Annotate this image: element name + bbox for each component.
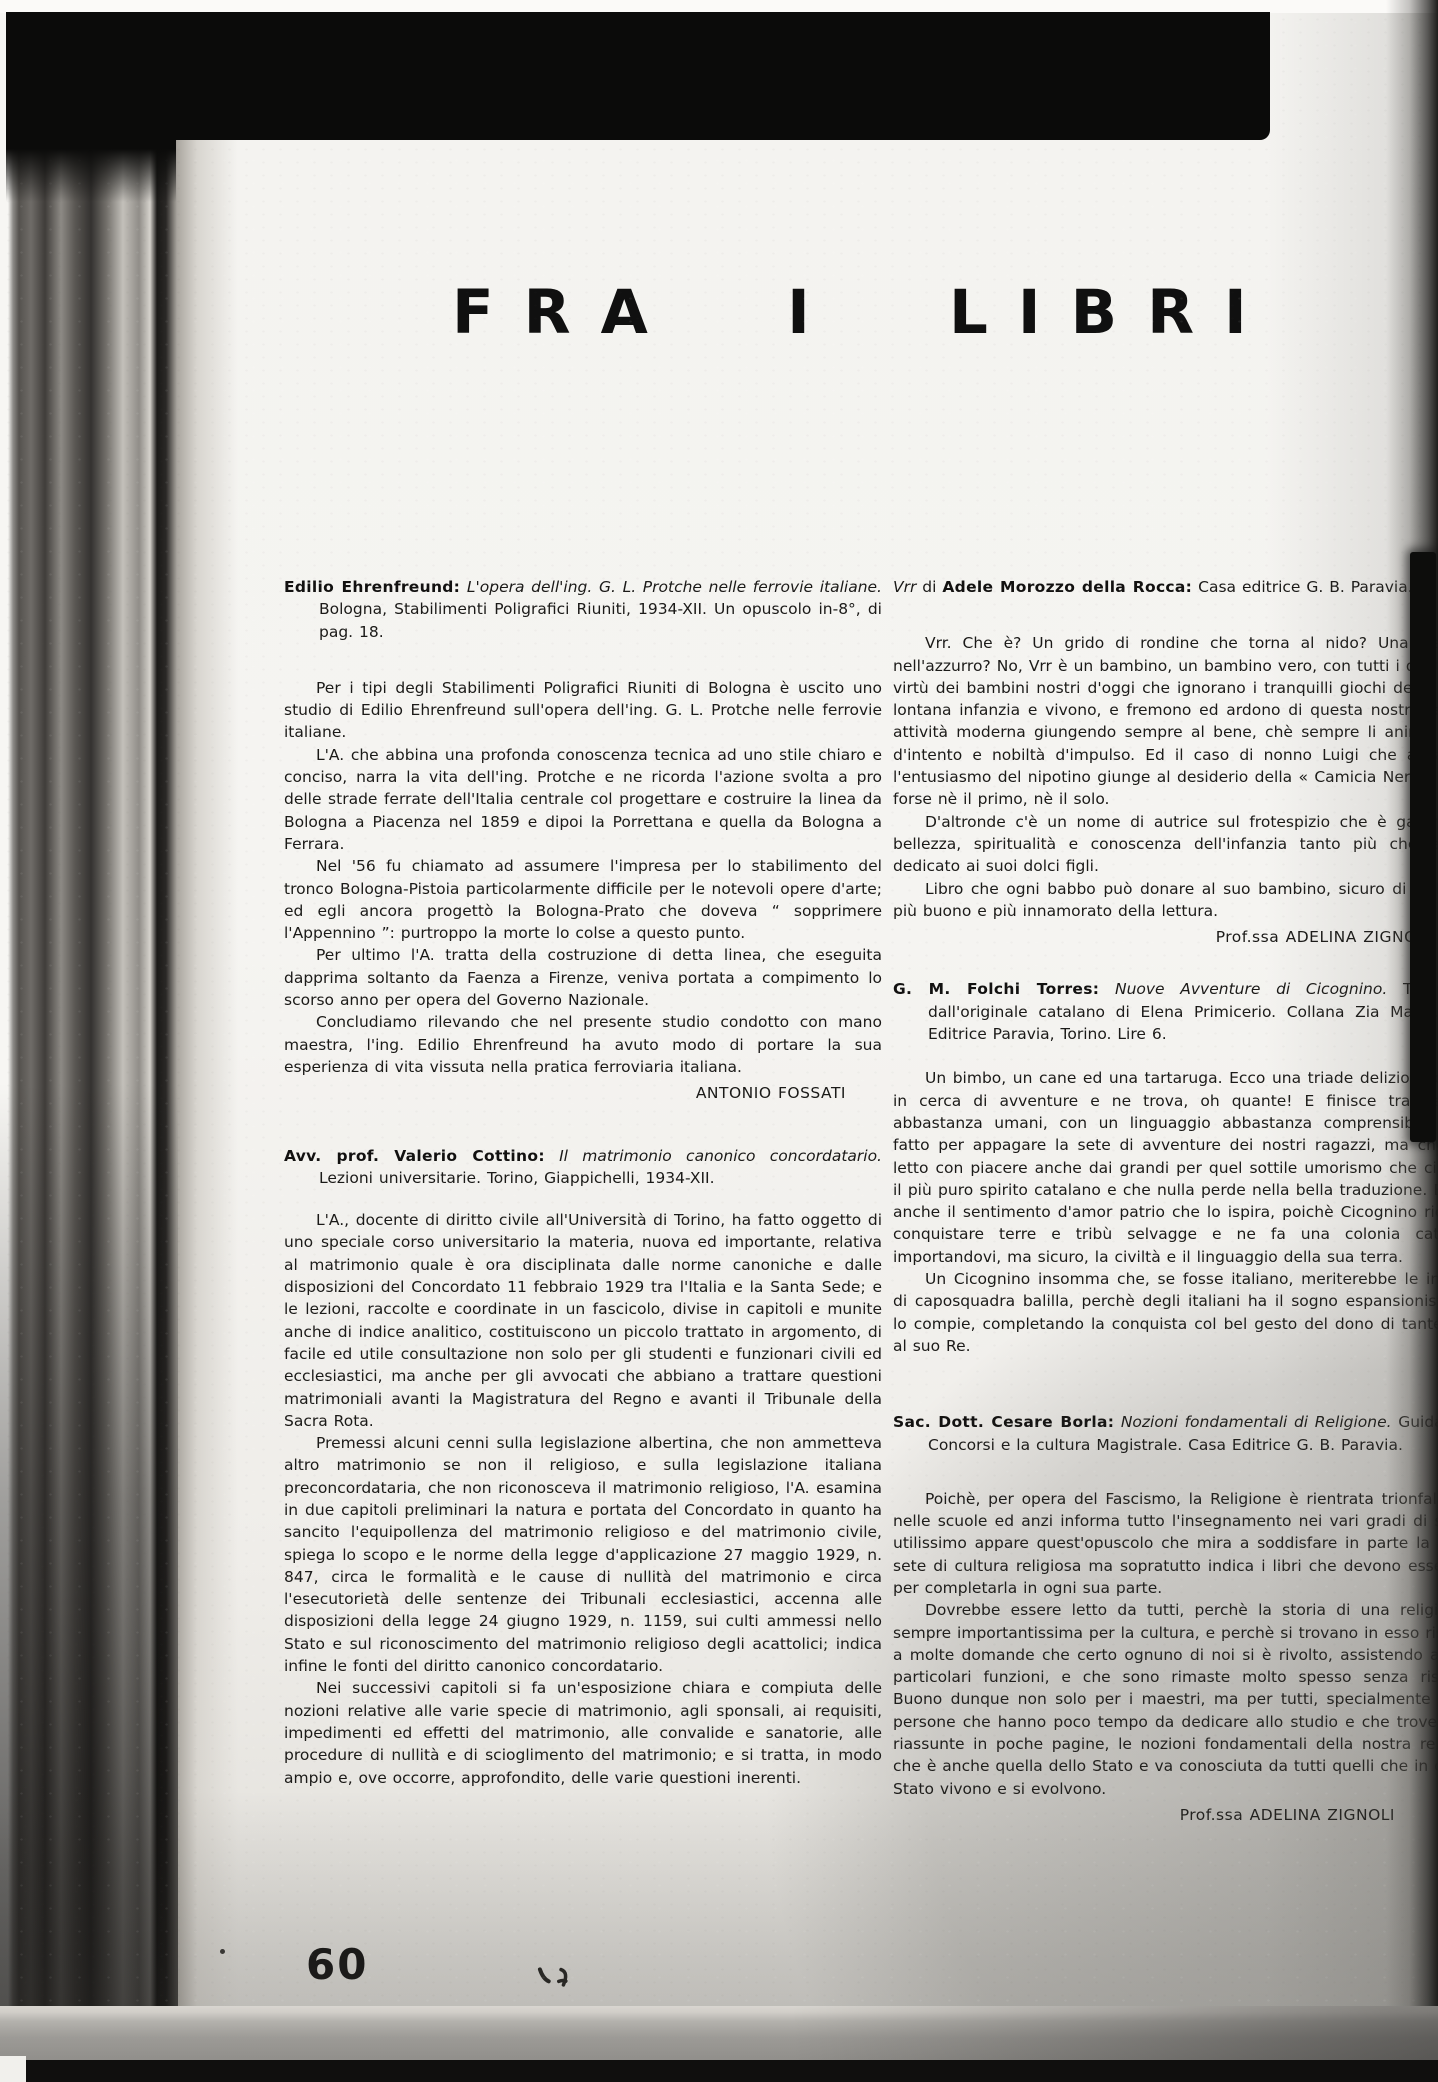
review-paragraph: D'altronde c'è un nome di autrice sul fr…	[893, 811, 1438, 878]
review-paragraph: Un Cicognino insomma che, se fosse itali…	[893, 1268, 1438, 1357]
review-paragraph: Premessi alcuni cenni sulla legislazione…	[284, 1432, 882, 1677]
review-heading-morozzo: Vrr di Adele Morozzo della Rocca: Casa e…	[893, 576, 1438, 598]
review-paragraph: Vrr. Che è? Un grido di rondine che torn…	[893, 632, 1438, 810]
review-author: Sac. Dott. Cesare Borla:	[893, 1413, 1114, 1431]
review-author: G. M. Folchi Torres:	[893, 980, 1099, 998]
review-book-title: L'opera dell'ing. G. L. Protche nelle fe…	[467, 578, 882, 596]
reviewer-signature: Prof.ssa ADELINA ZIGNOLI	[893, 926, 1438, 948]
left-column: Edilio Ehrenfreund: L'opera dell'ing. G.…	[284, 576, 882, 1789]
bottom-black-strip	[26, 2060, 1438, 2082]
review-heading-borla: Sac. Dott. Cesare Borla: Nozioni fondame…	[893, 1411, 1438, 1456]
review-imprint: Bologna, Stabilimenti Poligrafici Riunit…	[319, 600, 882, 640]
review-paragraph: Per ultimo l'A. tratta della costruzione…	[284, 944, 882, 1011]
review-paragraph: Poichè, per opera del Fascismo, la Relig…	[893, 1488, 1438, 1599]
top-scan-black-band	[6, 12, 1270, 140]
review-heading-ehrenfreund: Edilio Ehrenfreund: L'opera dell'ing. G.…	[284, 576, 882, 643]
review-heading-folchi-torres: G. M. Folchi Torres: Nuove Avventure di …	[893, 978, 1438, 1045]
dust-fleck	[220, 1949, 225, 1954]
review-paragraph: Libro che ogni babbo può donare al suo b…	[893, 878, 1438, 923]
review-paragraph: Un bimbo, un cane ed una tartaruga. Ecco…	[893, 1067, 1438, 1268]
ink-mark	[532, 1960, 577, 1998]
review-paragraph: L'A., docente di diritto civile all'Univ…	[284, 1209, 882, 1432]
reviewer-signature: ANTONIO FOSSATI	[284, 1082, 882, 1104]
reviewer-name: Prof.ssa ADELINA ZIGNOLI	[1180, 1806, 1395, 1824]
heading-connector: di	[922, 578, 936, 596]
review-paragraph: Concludiamo rilevando che nel presente s…	[284, 1011, 882, 1078]
review-heading-cottino: Avv. prof. Valerio Cottino: Il matrimoni…	[284, 1145, 882, 1190]
reviewer-signature: Prof.ssa ADELINA ZIGNOLI	[893, 1804, 1438, 1826]
review-imprint: Casa editrice G. B. Paravia.	[1198, 578, 1413, 596]
bottom-scan-band	[0, 2006, 1438, 2062]
right-edge-dark-line	[1410, 552, 1436, 1142]
review-paragraph: Dovrebbe essere letto da tutti, perchè l…	[893, 1599, 1438, 1800]
review-book-title: Nozioni fondamentali di Religione.	[1121, 1413, 1392, 1431]
page-title: FRA I LIBRI	[452, 277, 1277, 348]
scanned-page: FRA I LIBRI Edilio Ehrenfreund: L'opera …	[0, 0, 1438, 2082]
ink-mark-drawing	[533, 1960, 578, 1994]
review-author: Avv. prof. Valerio Cottino:	[284, 1147, 545, 1165]
reviewer-name: ANTONIO FOSSATI	[696, 1084, 846, 1102]
review-author: Adele Morozzo della Rocca:	[942, 578, 1192, 596]
review-paragraph: Per i tipi degli Stabilimenti Poligrafic…	[284, 677, 882, 744]
page-number: 60	[306, 1940, 368, 1989]
review-author: Edilio Ehrenfreund:	[284, 578, 460, 596]
review-paragraph: Nel '56 fu chiamato ad assumere l'impres…	[284, 855, 882, 944]
review-book-title: Il matrimonio canonico concordatario.	[559, 1147, 882, 1165]
review-paragraph: Nei successivi capitoli si fa un'esposiz…	[284, 1677, 882, 1788]
right-column: Vrr di Adele Morozzo della Rocca: Casa e…	[893, 576, 1438, 1826]
review-imprint: Lezioni universitarie. Torino, Giappiche…	[319, 1169, 715, 1187]
review-series-title: Vrr	[893, 578, 916, 596]
book-gutter-shadow	[0, 0, 240, 2082]
review-book-title: Nuove Avventure di Cicognino.	[1115, 980, 1387, 998]
review-paragraph: L'A. che abbina una profonda conoscenza …	[284, 744, 882, 855]
bottom-left-notch	[0, 2056, 26, 2082]
